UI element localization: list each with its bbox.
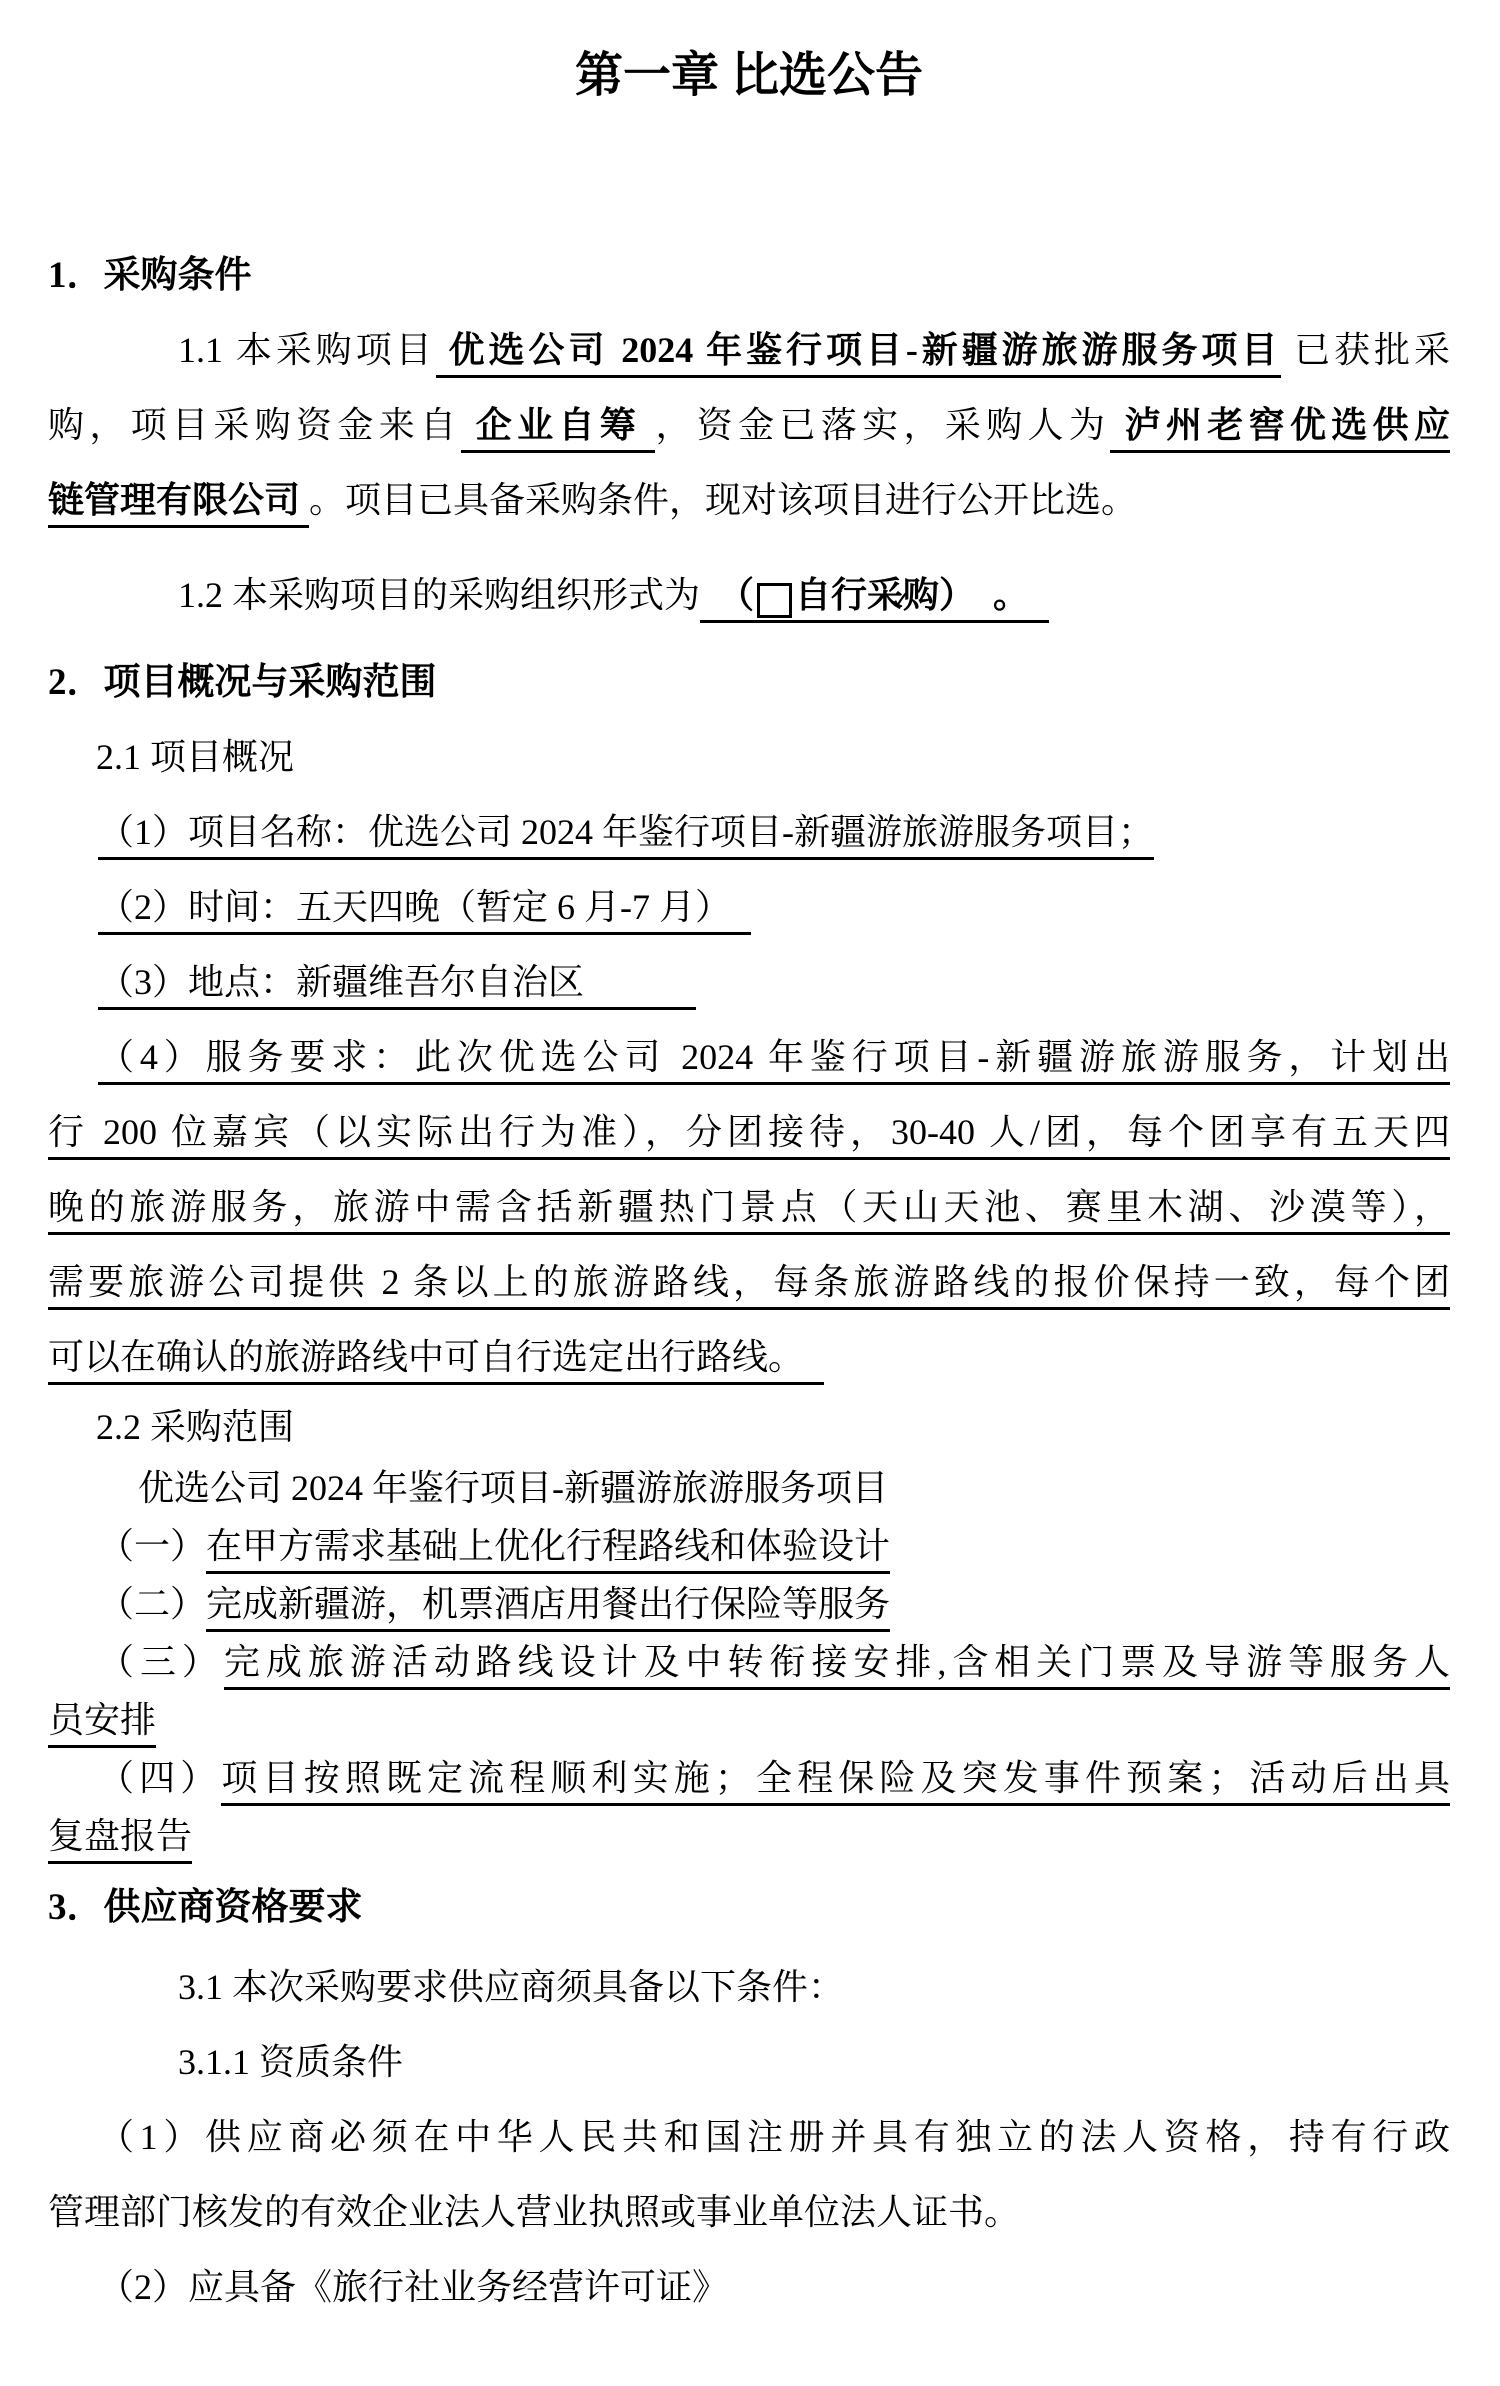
underlined-run: 完成新疆游，机票酒店用餐出行保险等服务 <box>206 1584 890 1632</box>
scope-item-b: （二）完成新疆游，机票酒店用餐出行保险等服务 <box>48 1575 1450 1633</box>
underlined-run: 可以在确认的旅游路线中可自行选定出行路线。 <box>48 1337 824 1385</box>
underlined-run: 员安排 <box>48 1700 156 1748</box>
para-qualification-2: （2）应具备《旅行社业务经营许可证》 <box>48 2250 1450 2325</box>
document-page: 第一章 比选公告 1．采购条件 1.1 本采购项目 优选公司 2024 年鉴行项… <box>0 0 1500 2386</box>
run: 购，项目采购资金来自 <box>48 405 461 445</box>
run: 1.1 本采购项目 <box>178 330 436 370</box>
para-item-4: （4）服务要求：此次优选公司 2024 年鉴行项目-新疆游旅游服务，计划出 行 … <box>48 1020 1450 1395</box>
scope-item-c: （三）完成旅游活动路线设计及中转衔接安排,含相关门票及导游等服务人 <box>48 1633 1450 1691</box>
para-3-1-1: 3.1.1 资质条件 <box>48 2025 1450 2100</box>
heading-2: 2．项目概况与采购范围 <box>48 645 1450 720</box>
run: 自行采购） 。 <box>795 575 1029 615</box>
underlined-item-1: （1）项目名称：优选公司 2024 年鉴行项目-新疆游旅游服务项目； <box>98 812 1154 860</box>
underlined-run: 晚的旅游服务，旅游中需含括新疆热门景点（天山天池、赛里木湖、沙漠等）， <box>48 1187 1450 1235</box>
text-line: 行 200 位嘉宾（以实际出行为准），分团接待，30-40 人/团，每个团享有五… <box>48 1095 1450 1170</box>
item-label: （二） <box>98 1584 206 1624</box>
para-2-1: 2.1 项目概况 <box>48 720 1450 795</box>
run: 已获批采 <box>1281 330 1450 370</box>
para-3-1: 3.1 本次采购要求供应商须具备以下条件： <box>48 1950 1450 2025</box>
underlined-purchaser-cont: 链管理有限公司 <box>48 480 309 528</box>
text-line: （1）供应商必须在中华人民共和国注册并具有独立的法人资格，持有行政 <box>48 2100 1450 2175</box>
text-line: （4）服务要求：此次优选公司 2024 年鉴行项目-新疆游旅游服务，计划出 <box>48 1020 1450 1095</box>
underlined-run: 在甲方需求基础上优化行程路线和体验设计 <box>206 1526 890 1574</box>
underlined-run: 复盘报告 <box>48 1816 192 1864</box>
underlined-item-2: （2）时间：五天四晚（暂定 6 月-7 月） <box>98 887 751 935</box>
text-line: 需要旅游公司提供 2 条以上的旅游路线，每条旅游路线的报价保持一致，每个团 <box>48 1245 1450 1320</box>
para-qualification-1: （1）供应商必须在中华人民共和国注册并具有独立的法人资格，持有行政 管理部门核发… <box>48 2100 1450 2250</box>
scope-item-a: （一）在甲方需求基础上优化行程路线和体验设计 <box>48 1517 1450 1575</box>
run: ，资金已落实，采购人为 <box>655 405 1110 445</box>
underlined-project-name: 优选公司 2024 年鉴行项目-新疆游旅游服务项目 <box>436 330 1282 378</box>
underlined-run: 项目按照既定流程顺利实施；全程保险及突发事件预案；活动后出具 <box>221 1758 1450 1806</box>
scope-item-c-cont: 员安排 <box>48 1691 1450 1749</box>
para-2-2: 2.2 采购范围 <box>48 1395 1450 1459</box>
run: （ <box>700 575 754 615</box>
para-1-1: 1.1 本采购项目 优选公司 2024 年鉴行项目-新疆游旅游服务项目 已获批采… <box>48 313 1450 538</box>
item-2: （2）时间：五天四晚（暂定 6 月-7 月） <box>48 870 1450 945</box>
text-line: 链管理有限公司 。项目已具备采购条件，现对该项目进行公开比选。 <box>48 463 1450 538</box>
item-label: （四） <box>98 1758 221 1798</box>
item-3: （3）地点：新疆维吾尔自治区 <box>48 945 1450 1020</box>
underlined-fund-source: 企业自筹 <box>461 405 655 453</box>
text-line: 购，项目采购资金来自 企业自筹 ，资金已落实，采购人为 泸州老窖优选供应 <box>48 388 1450 463</box>
text-line: 管理部门核发的有效企业法人营业执照或事业单位法人证书。 <box>48 2175 1450 2250</box>
scope-project-name: 优选公司 2024 年鉴行项目-新疆游旅游服务项目 <box>48 1459 1450 1517</box>
heading-3: 3．供应商资格要求 <box>48 1870 1450 1945</box>
para-1-2: 1.2 本采购项目的采购组织形式为 （✓自行采购） 。 <box>48 558 1450 633</box>
text-line: 可以在确认的旅游路线中可自行选定出行路线。 <box>48 1320 1450 1395</box>
scope-item-d: （四）项目按照既定流程顺利实施；全程保险及突发事件预案；活动后出具 <box>48 1749 1450 1807</box>
underlined-item-3: （3）地点：新疆维吾尔自治区 <box>98 962 696 1010</box>
underlined-procurement-form: （✓自行采购） 。 <box>700 575 1049 623</box>
underlined-run: 需要旅游公司提供 2 条以上的旅游路线，每条旅游路线的报价保持一致，每个团 <box>48 1262 1450 1310</box>
underlined-purchaser: 泸州老窖优选供应 <box>1110 405 1450 453</box>
run: 。项目已具备采购条件，现对该项目进行公开比选。 <box>309 480 1137 520</box>
item-label: （三） <box>98 1642 224 1682</box>
run: 1.2 本采购项目的采购组织形式为 <box>178 575 700 615</box>
page-title: 第一章 比选公告 <box>48 45 1450 107</box>
text-line: 晚的旅游服务，旅游中需含括新疆热门景点（天山天池、赛里木湖、沙漠等）， <box>48 1170 1450 1245</box>
item-label: （一） <box>98 1526 206 1566</box>
item-1: （1）项目名称：优选公司 2024 年鉴行项目-新疆游旅游服务项目； <box>48 795 1450 870</box>
underlined-run: 完成旅游活动路线设计及中转衔接安排,含相关门票及导游等服务人 <box>224 1642 1450 1690</box>
scope-item-d-cont: 复盘报告 <box>48 1807 1450 1865</box>
text-line: 1.1 本采购项目 优选公司 2024 年鉴行项目-新疆游旅游服务项目 已获批采 <box>48 313 1450 388</box>
underlined-run: 行 200 位嘉宾（以实际出行为准），分团接待，30-40 人/团，每个团享有五… <box>48 1112 1450 1160</box>
checked-checkbox-icon: ✓ <box>757 583 792 618</box>
heading-1: 1．采购条件 <box>48 238 1450 313</box>
underlined-run: （4）服务要求：此次优选公司 2024 年鉴行项目-新疆游旅游服务，计划出 <box>98 1037 1450 1085</box>
